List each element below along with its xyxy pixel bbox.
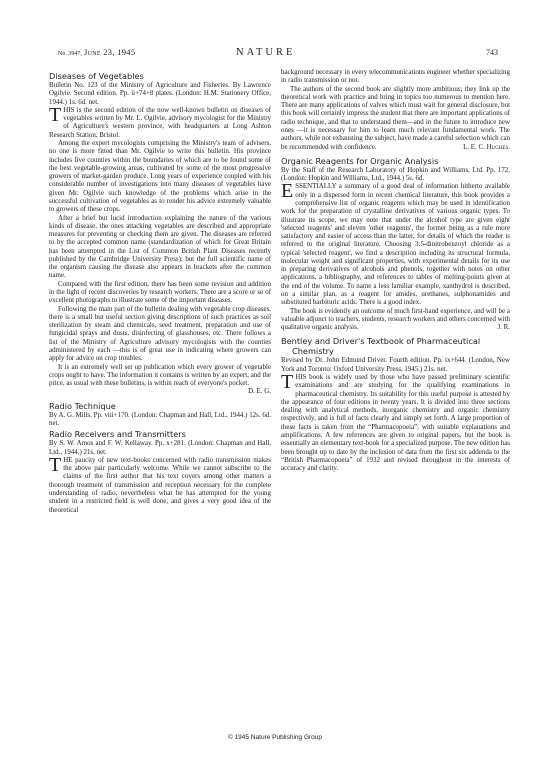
article-paragraph: The authors of the second book are sligh… xyxy=(281,85,510,151)
article-title: Bentley and Driver's Textbook of Pharmac… xyxy=(281,336,510,356)
copyright-footer: © 1945 Nature Publishing Group xyxy=(0,734,550,741)
article-paragraph: Among the expert mycologists comprising … xyxy=(49,139,271,214)
drop-cap: E xyxy=(281,183,293,199)
journal-title: NATURE xyxy=(236,47,295,58)
article-paragraph: THIS book is widely used by those who ha… xyxy=(281,373,510,472)
article-paragraph: It is an extremely well set up publicati… xyxy=(49,363,271,388)
article-paragraph: background necessary in every telecommun… xyxy=(281,68,510,85)
left-column: Diseases of Vegetables Bulletin No. 123 … xyxy=(49,71,271,514)
reviewer-signature: J. R. xyxy=(488,323,510,331)
article-paragraph: THIS is the second edition of the now we… xyxy=(49,106,271,139)
article-title: Organic Reagents for Organic Analysis xyxy=(281,156,510,166)
issue-number: No. 3947, xyxy=(58,51,82,57)
drop-cap: T xyxy=(49,107,61,123)
reviewer-signature: L. E. C. Hughes. xyxy=(454,143,510,151)
drop-cap: T xyxy=(281,374,293,390)
issue-info: No. 3947, June 23, 1945 xyxy=(58,47,135,57)
article-paragraph: After a brief but lucid introduction exp… xyxy=(49,214,271,280)
article-title: Radio Technique xyxy=(49,401,271,411)
article-paragraph: Compared with the first edition, there h… xyxy=(49,280,271,305)
article-biblio: By the Staff of the Research Laboratory … xyxy=(281,166,510,183)
journal-page: No. 3947, June 23, 1945 NATURE 743 Disea… xyxy=(0,0,550,777)
article-paragraph: Following the main part of the bulletin … xyxy=(49,305,271,363)
right-column: background necessary in every telecommun… xyxy=(281,68,510,472)
article-title: Diseases of Vegetables xyxy=(49,71,271,81)
page-header: No. 3947, June 23, 1945 NATURE 743 xyxy=(48,47,510,61)
drop-cap: T xyxy=(49,457,61,473)
article-title: Radio Receivers and Transmitters xyxy=(49,429,271,439)
article-paragraph: THE paucity of new text-books concerned … xyxy=(49,456,271,514)
article-biblio: By S. W. Amos and F. W. Kellaway. Pp. x+… xyxy=(49,439,271,456)
article-biblio: Revised by Dr. John Edmund Driver. Fourt… xyxy=(281,356,510,373)
page-number: 743 xyxy=(486,48,498,57)
article-biblio: By A. G. Mills. Pp. viii+170. (London: C… xyxy=(49,411,271,428)
article-biblio: Bulletin No. 123 of the Ministry of Agri… xyxy=(49,81,271,106)
article-paragraph: ESSENTIALLY a summary of a good deal of … xyxy=(281,182,510,306)
issue-date: June 23, 1945 xyxy=(84,47,135,57)
article-paragraph: The book is evidently an outcome of much… xyxy=(281,307,510,332)
reviewer-signature: D. E. G. xyxy=(239,387,271,395)
